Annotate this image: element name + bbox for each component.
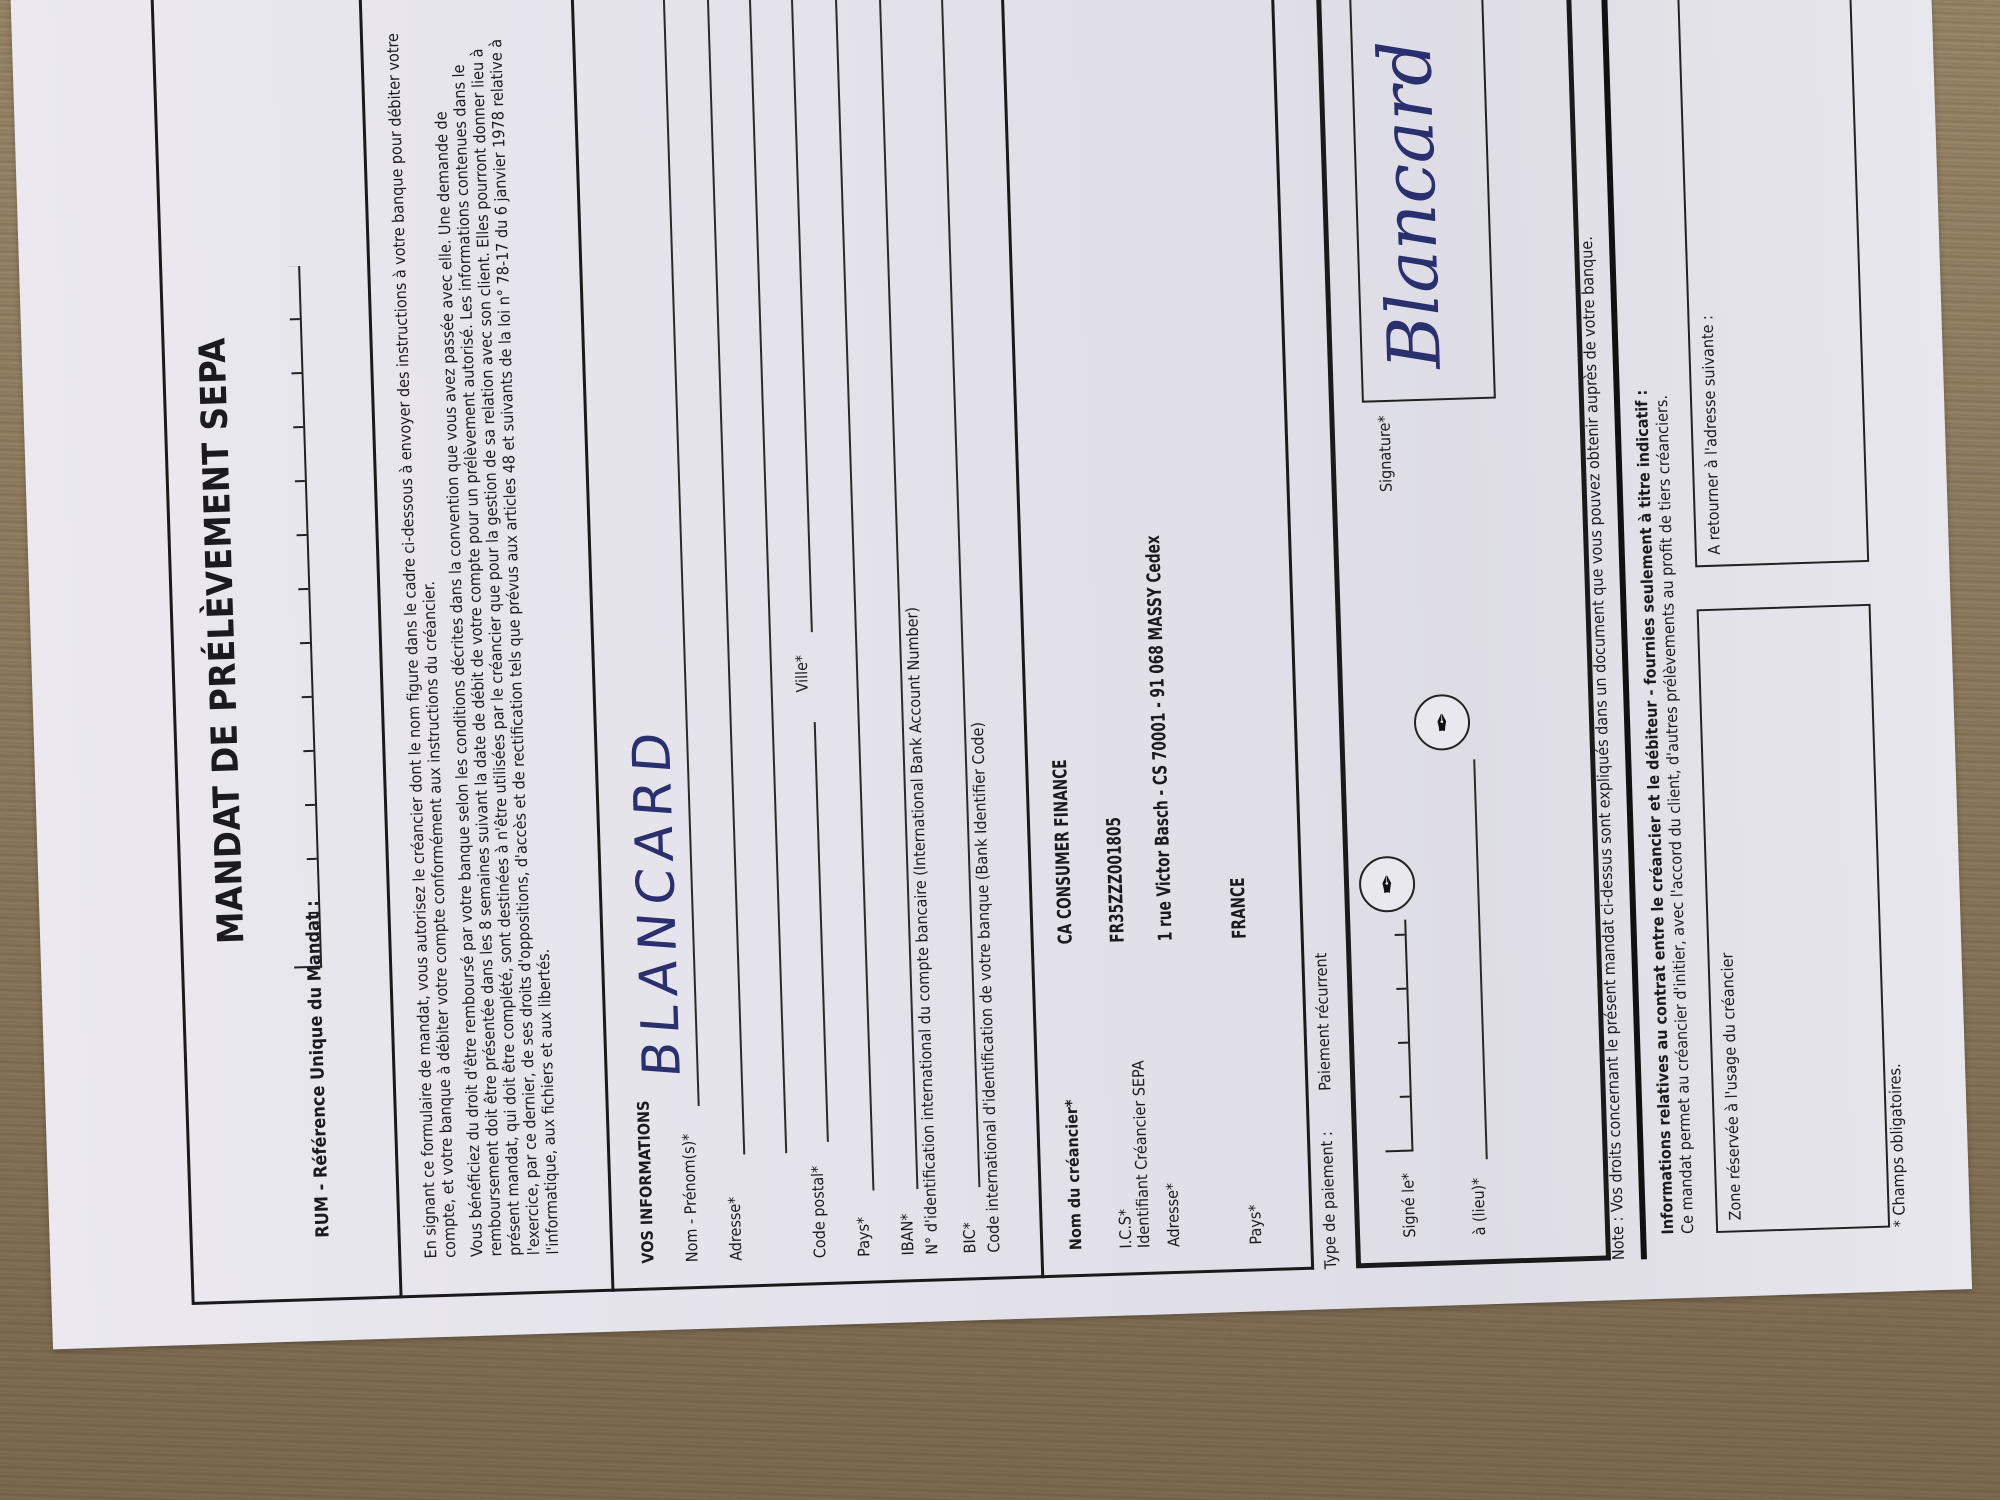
paper-sheet: MANDAT DE PRÉLÈVEMENT SEPA RUM - Référen…	[10, 0, 1972, 1349]
return-label: A retourner à l'adresse suivante :	[1697, 315, 1724, 555]
creancier-nom-value: CA CONSUMER FINANCE	[1049, 759, 1077, 945]
payment-type-value: Paiement récurrent	[1311, 952, 1334, 1091]
signature-label: Signature*	[1374, 415, 1395, 492]
creancier-pays-label: Pays*	[1245, 1204, 1265, 1245]
ville-label: Ville*	[792, 655, 812, 693]
adresse-label: Adresse*	[725, 1196, 746, 1261]
lieu-field[interactable]	[1473, 759, 1488, 1159]
debtor-section: VOS INFORMATIONS Nom - Prénom(s)* BLANCA…	[570, 0, 1044, 1292]
nom-value: BLANCARD	[622, 723, 693, 1080]
ics-value: FR35ZZZ001805	[1103, 817, 1129, 943]
bic-field[interactable]	[941, 0, 981, 1187]
creditor-reserved-zone: Zone réservée à l'usage du créancier	[1697, 604, 1891, 1233]
signature-section: Signé le* ✒ à (lieu)* ✒ Signature* Blanc…	[1314, 0, 1611, 1268]
signature-field[interactable]: Blancard	[1348, 0, 1496, 403]
nom-label: Nom - Prénom(s)*	[679, 1133, 702, 1262]
sepa-mandate-form: MANDAT DE PRÉLÈVEMENT SEPA RUM - Référen…	[150, 0, 1841, 1305]
intro-section: En signant ce formulaire de mandat, vous…	[355, 0, 615, 1299]
creancier-adresse-value: 1 rue Victor Basch - CS 70001 - 91 068 M…	[1142, 535, 1177, 941]
return-address-zone: A retourner à l'adresse suivante :	[1676, 0, 1869, 567]
pen-nib-icon: ✒	[1413, 694, 1471, 752]
signature-value: Blancard	[1363, 39, 1457, 370]
code-postal-label: Code postal*	[808, 1165, 830, 1258]
pen-nib-icon: ✒	[1358, 855, 1416, 913]
bic-label: BIC*	[959, 1222, 979, 1254]
creancier-nom-label: Nom du créancier*	[1062, 1099, 1086, 1250]
pays-field[interactable]	[835, 0, 875, 1191]
debtor-heading: VOS INFORMATIONS	[634, 1100, 658, 1264]
rum-input[interactable]	[272, 266, 322, 969]
payment-type-label: Type de paiement :	[1317, 1131, 1340, 1269]
pays-label: Pays*	[853, 1217, 873, 1258]
adresse-field-1[interactable]	[707, 0, 745, 1155]
iban-label: IBAN*	[897, 1213, 917, 1255]
ville-field[interactable]	[791, 0, 813, 632]
iban-field[interactable]	[879, 0, 919, 1189]
info-section: Informations relatives au contrat entre …	[1600, 0, 1847, 1259]
signe-le-field[interactable]	[1378, 920, 1413, 1153]
creditor-section: Nom du créancier* CA CONSUMER FINANCE I.…	[1000, 0, 1315, 1278]
payment-type: Type de paiement : Paiement récurrent	[1311, 952, 1340, 1269]
signe-le-label: Signé le*	[1398, 1172, 1419, 1237]
code-postal-field[interactable]	[814, 722, 829, 1142]
footer-mandatory: * Champs obligatoires.	[1885, 1063, 1909, 1227]
adresse-field-2[interactable]	[749, 0, 787, 1153]
form-title: MANDAT DE PRÉLÈVEMENT SEPA	[181, 0, 263, 1301]
lieu-label: à (lieu)*	[1468, 1177, 1489, 1235]
creancier-adresse-label: Adresse*	[1162, 1183, 1183, 1248]
zone-label: Zone réservée à l'usage du créancier	[1717, 952, 1744, 1220]
creancier-pays-value: FRANCE	[1227, 877, 1251, 939]
